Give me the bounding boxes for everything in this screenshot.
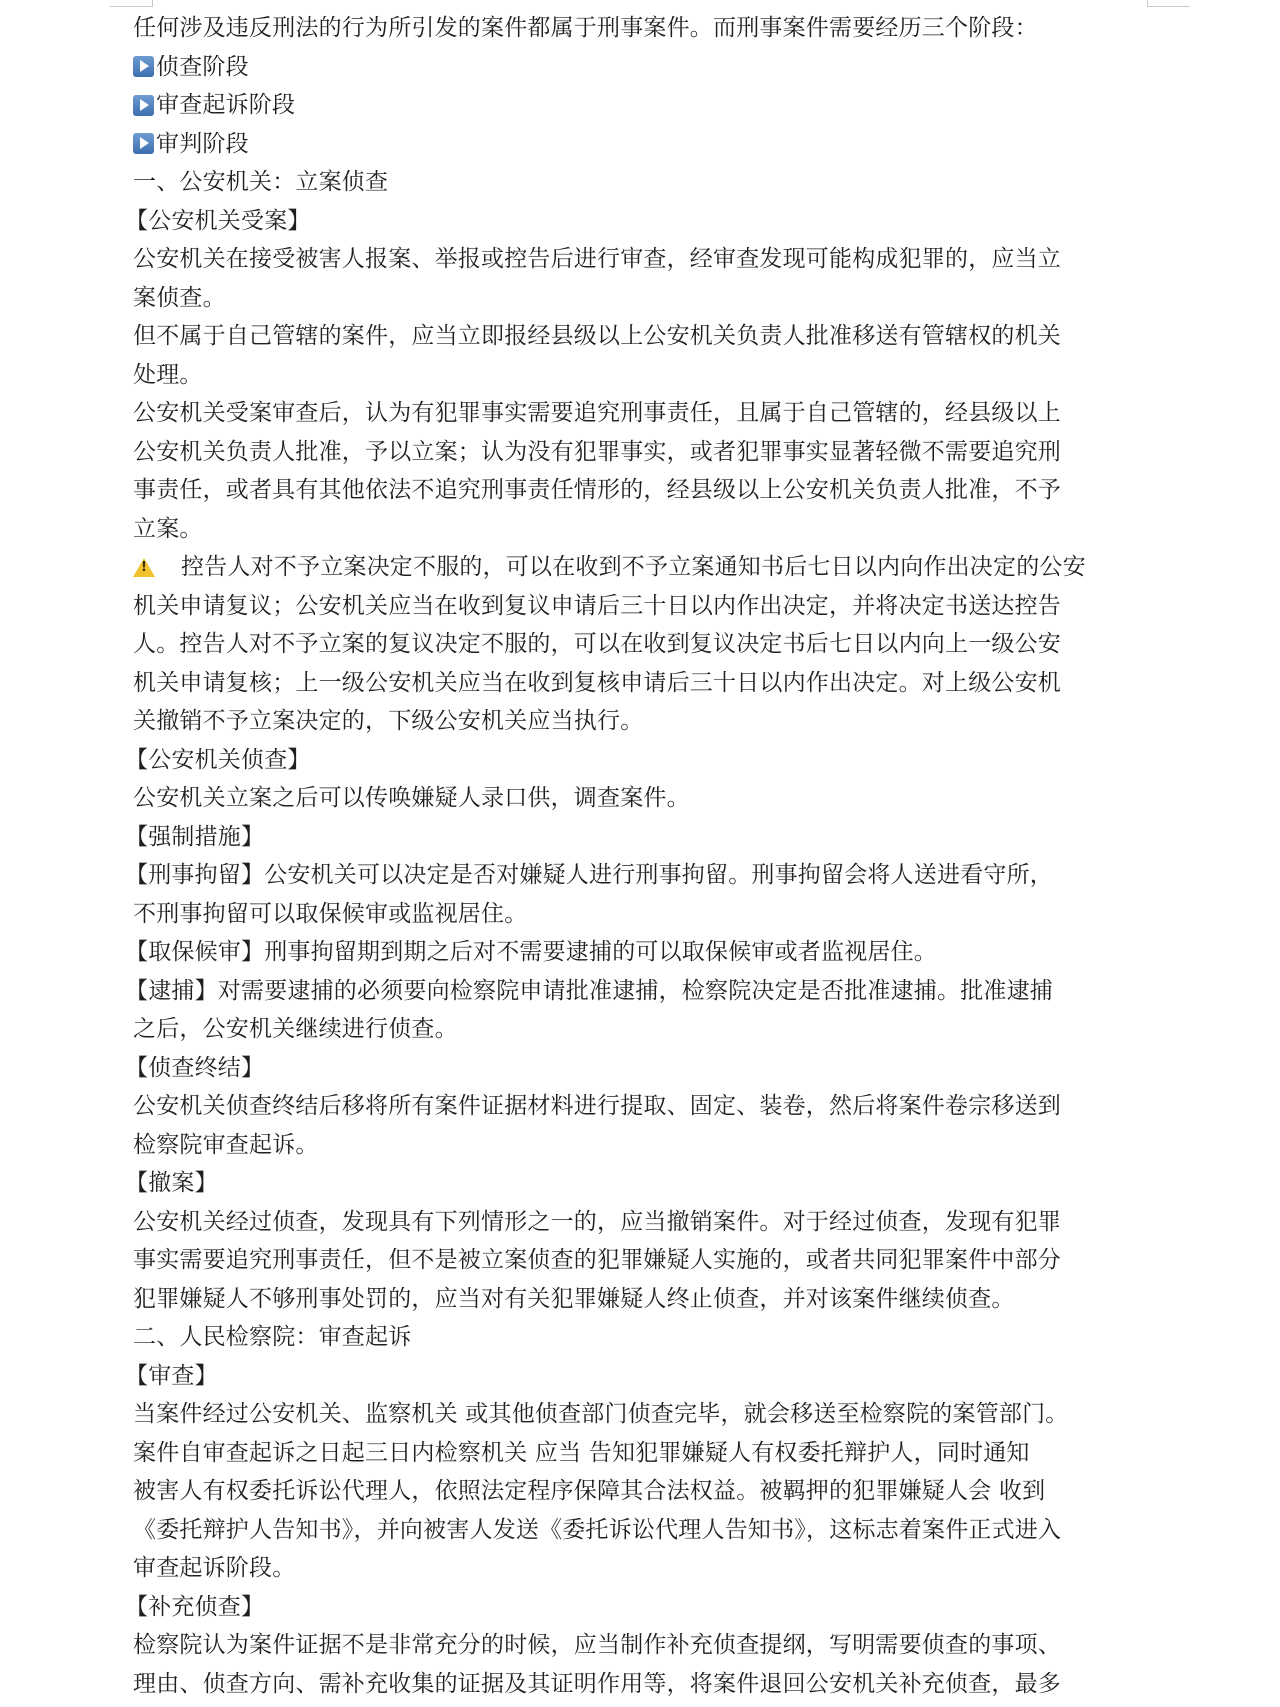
paragraph-line-arrest: 【逮捕】对需要逮捕的必须要向检察院申请批准逮捕，检察院决定是否批准逮捕。批准逮捕	[125, 972, 1193, 1011]
warning-note-line: 关撤销不予立案决定的，下级公安机关应当执行。	[133, 702, 1193, 741]
section-heading-police: 一、公安机关：立案侦查	[133, 163, 1193, 202]
paragraph-line: 案件自审查起诉之日起三日内检察机关 应当 告知犯罪嫌疑人有权委托辩护人，同时通知	[133, 1434, 1193, 1473]
play-bullet-icon	[133, 95, 154, 116]
page-corner-mark-right	[1147, 0, 1190, 7]
warning-icon	[133, 558, 155, 577]
paragraph-line: 处理。	[133, 356, 1193, 395]
paragraph-line: 事责任，或者具有其他依法不追究刑事责任情形的，经县级以上公安机关负责人批准，不予	[133, 471, 1193, 510]
paragraph-line-bail: 【取保候审】刑事拘留期到期之后对不需要逮捕的可以取保候审或者监视居住。	[125, 933, 1193, 972]
stage-label: 审判阶段	[156, 125, 249, 164]
play-bullet-icon	[133, 133, 154, 154]
paragraph-line: 犯罪嫌疑人不够刑事处罚的，应当对有关犯罪嫌疑人终止侦查，并对该案件继续侦查。	[133, 1280, 1193, 1319]
paragraph-line: 之后，公安机关继续进行侦查。	[133, 1010, 1193, 1049]
paragraph-line: 但不属于自己管辖的案件，应当立即报经县级以上公安机关负责人批准移送有管辖权的机关	[133, 317, 1193, 356]
paragraph-line-detention: 【刑事拘留】公安机关可以决定是否对嫌疑人进行刑事拘留。刑事拘留会将人送进看守所，	[125, 856, 1193, 895]
paragraph-line: 公安机关立案之后可以传唤嫌疑人录口供，调查案件。	[133, 779, 1193, 818]
play-bullet-icon	[133, 56, 154, 77]
warning-note-line: 机关申请复核；上一级公安机关应当在收到复核申请后三十日以内作出决定。对上级公安机	[133, 664, 1193, 703]
warning-note-line: 机关申请复议；公安机关应当在收到复议申请后三十日以内作出决定，并将决定书送达控告	[133, 587, 1193, 626]
document-page: 任何涉及违反刑法的行为所引发的案件都属于刑事案件。而刑事案件需要经历三个阶段： …	[133, 9, 1193, 1703]
page-corner-mark-left	[110, 0, 153, 7]
paragraph-line: 检察院审查起诉。	[133, 1126, 1193, 1165]
intro-text: 任何涉及违反刑法的行为所引发的案件都属于刑事案件。而刑事案件需要经历三个阶段：	[133, 9, 1193, 48]
subheading-police-acceptance: 【公安机关受案】	[125, 202, 1193, 241]
paragraph-line: 理由、侦查方向、需补充收集的证据及其证明作用等，将案件退回公安机关补充侦查，最多	[133, 1665, 1193, 1704]
warning-note-line: 人。控告人对不予立案的复议决定不服的，可以在收到复议决定书后七日以内向上一级公安	[133, 625, 1193, 664]
stage-item-trial: 审判阶段	[133, 125, 1193, 164]
paragraph-line: 案侦查。	[133, 279, 1193, 318]
paragraph-line: 不刑事拘留可以取保候审或监视居住。	[133, 895, 1193, 934]
stage-label: 审查起诉阶段	[156, 86, 295, 125]
subheading-case-withdrawal: 【撤案】	[125, 1164, 1193, 1203]
paragraph-line: 《委托辩护人告知书》，并向被害人发送《委托诉讼代理人告知书》，这标志着案件正式进…	[133, 1511, 1193, 1550]
subheading-coercive-measures: 【强制措施】	[125, 818, 1193, 857]
paragraph-line: 当案件经过公安机关、监察机关 或其他侦查部门侦查完毕，就会移送至检察院的案管部门…	[133, 1395, 1193, 1434]
paragraph-line: 公安机关受案审查后，认为有犯罪事实需要追究刑事责任，且属于自己管辖的，经县级以上	[133, 394, 1193, 433]
subheading-supplementary-investigation: 【补充侦查】	[125, 1588, 1193, 1627]
section-heading-procuratorate: 二、人民检察院：审查起诉	[133, 1318, 1193, 1357]
subheading-review: 【审查】	[125, 1357, 1193, 1396]
paragraph-line: 立案。	[133, 510, 1193, 549]
paragraph-line: 公安机关经过侦查，发现具有下列情形之一的，应当撤销案件。对于经过侦查，发现有犯罪	[133, 1203, 1193, 1242]
warning-note-line: 控告人对不予立案决定不服的，可以在收到不予立案通知书后七日以内向作出决定的公安	[133, 548, 1193, 587]
paragraph-line: 事实需要追究刑事责任，但不是被立案侦查的犯罪嫌疑人实施的，或者共同犯罪案件中部分	[133, 1241, 1193, 1280]
paragraph-line: 被害人有权委托诉讼代理人，依照法定程序保障其合法权益。被羁押的犯罪嫌疑人会 收到	[133, 1472, 1193, 1511]
subheading-police-investigation: 【公安机关侦查】	[125, 741, 1193, 780]
stage-item-prosecution-review: 审查起诉阶段	[133, 86, 1193, 125]
paragraph-line: 公安机关在接受被害人报案、举报或控告后进行审查，经审查发现可能构成犯罪的，应当立	[133, 240, 1193, 279]
stage-item-investigation: 侦查阶段	[133, 48, 1193, 87]
subheading-investigation-conclusion: 【侦查终结】	[125, 1049, 1193, 1088]
paragraph-line: 检察院认为案件证据不是非常充分的时候，应当制作补充侦查提纲，写明需要侦查的事项、	[133, 1626, 1193, 1665]
paragraph-line: 审查起诉阶段。	[133, 1549, 1193, 1588]
warning-text: 控告人对不予立案决定不服的，可以在收到不予立案通知书后七日以内向作出决定的公安	[181, 548, 1086, 587]
stage-label: 侦查阶段	[156, 48, 249, 87]
paragraph-line: 公安机关负责人批准，予以立案；认为没有犯罪事实，或者犯罪事实显著轻微不需要追究刑	[133, 433, 1193, 472]
paragraph-line: 公安机关侦查终结后移将所有案件证据材料进行提取、固定、装卷，然后将案件卷宗移送到	[133, 1087, 1193, 1126]
